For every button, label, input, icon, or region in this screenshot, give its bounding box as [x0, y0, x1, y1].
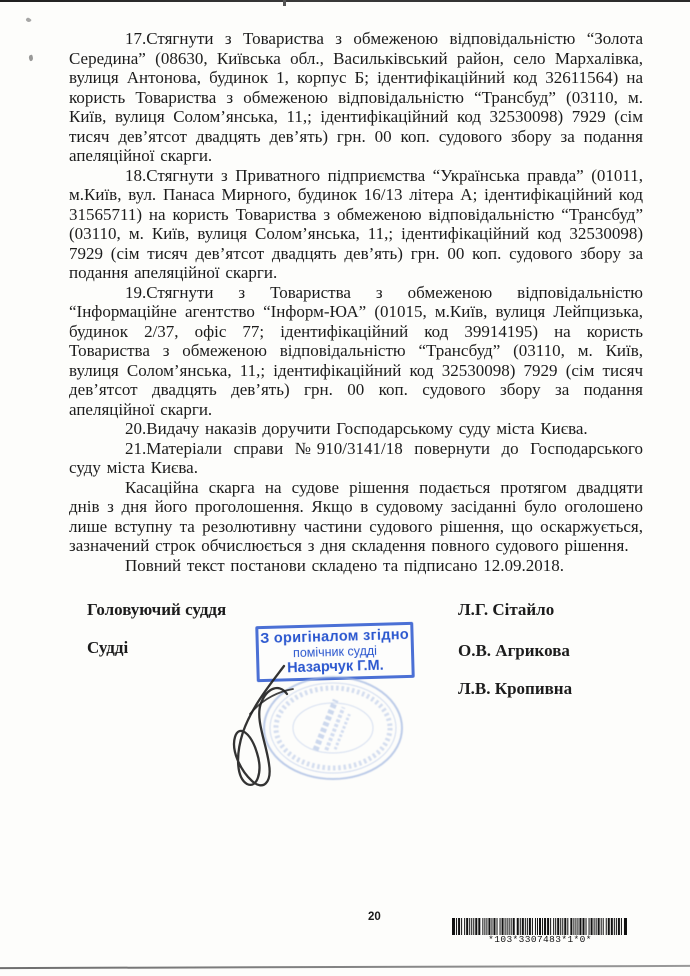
- paragraph-21: 21.Матеріали справи №910/3141/18 поверну…: [69, 439, 643, 478]
- scan-artifact-top-tick: [283, 0, 286, 6]
- scan-artifact-speck: [28, 55, 33, 62]
- barcode-text: *103*3307483*1*0*: [452, 935, 628, 945]
- scanned-court-document-page: 17.Стягнути з Товариства з обмеженою від…: [0, 0, 690, 976]
- scan-artifact-top-edge: [0, 0, 690, 2]
- paragraph-18: 18.Стягнути з Приватного підприємства “У…: [69, 166, 643, 283]
- page-number: 20: [368, 911, 381, 923]
- presiding-judge-name: Л.Г. Сітайло: [458, 600, 554, 620]
- paragraph-full-text-date: Повний текст постанови складено та підпи…: [69, 556, 643, 576]
- presiding-judge-label: Головуючий суддя: [87, 600, 226, 620]
- paragraph-20: 20.Видачу наказів доручити Господарськом…: [69, 419, 643, 439]
- judge-name-agrykova: О.В. Агрикова: [458, 641, 570, 661]
- scan-artifact-bottom-edge: [0, 965, 690, 969]
- handwritten-signature: [215, 650, 325, 795]
- paragraph-17: 17.Стягнути з Товариства з обмеженою від…: [69, 29, 643, 166]
- paragraph-cassation-notice: Касаційна скарга на судове рішення подає…: [69, 478, 643, 556]
- judge-name-kropyvna: Л.В. Кропивна: [458, 679, 572, 699]
- judges-label: Судді: [87, 638, 128, 658]
- paragraph-19: 19.Стягнути з Товариства з обмеженою від…: [69, 283, 643, 420]
- barcode-bars: [452, 918, 628, 935]
- barcode: *103*3307483*1*0*: [452, 918, 628, 945]
- scan-artifact-speck: [25, 17, 31, 23]
- document-body: 17.Стягнути з Товариства з обмеженою від…: [69, 29, 643, 575]
